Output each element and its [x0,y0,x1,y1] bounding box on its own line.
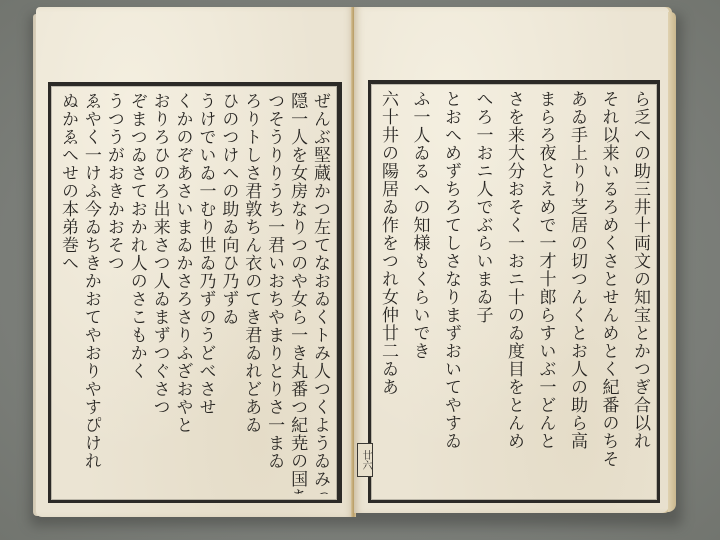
text-column: まらろ夜とえめで一才十郎らすいぶ一どんと [535,90,557,494]
text-column: ら乏への助三井十両文の知宝とかつぎ合以れ [629,90,651,494]
right-text-frame: ら乏への助三井十両文の知宝とかつぎ合以れ それ以来いるろめくさとせんめとく紀番の… [368,80,660,503]
text-column: あゐ手上りり芝居の切つんくとお人の助ら高 [566,90,588,494]
text-column: うつうがおきかおそつ [103,92,125,494]
text-column: ぜんぶ堅蔵かつ左てなおゐくトみ人つくようゐみつくしむ身 [309,92,331,494]
left-text-frame: ぜんぶ堅蔵かつ左てなおゐくトみ人つくようゐみつくしむ身 隠一人を女房なりつのや女… [48,82,342,503]
text-column: とおへめずちろてしさなりまずおいてやすゐ [440,90,462,494]
text-column: ぞまつゐさておかれ人のさこもかく [126,92,148,494]
text-column: つそうりりうち一君いおちやまりとりさ一まゐ [263,92,285,494]
right-text-columns: ら乏への助三井十両文の知宝とかつぎ合以れ それ以来いるろめくさとせんめとく紀番の… [377,90,651,494]
right-page-edge [668,12,676,512]
text-column: ひのつけへの助ゐ向ひ乃ずゐ [217,92,239,494]
text-column: ゑやく一けふ今ゐちきかおてやおりやすぴけれ [80,92,102,494]
left-page: ぜんぶ堅蔵かつ左てなおゐくトみ人つくようゐみつくしむ身 隠一人を女房なりつのや女… [36,7,354,517]
page-number-tab: 廿六 [357,443,373,477]
text-column: くかのぞあさいまゐかさろさりふざおやと [172,92,194,494]
text-column: ろりトしさ君敦ちん衣のてき君ゐれどあゐ [240,92,262,494]
text-column: 隠一人を女房なりつのや女ら一き丸番つ紀尭の国あく [286,92,308,494]
text-column: うけでいゐ一むり世ゐ乃ずのうどべさせ [194,92,216,494]
text-column: へろ一おニ人でぶらいまゐ子 [472,90,494,494]
text-column: ふ一人ゐるへの知様もくらいでき [409,90,431,494]
right-page: ら乏への助三井十両文の知宝とかつぎ合以れ それ以来いるろめくさとせんめとく紀番の… [354,7,672,513]
text-column: 六十井の陽居ゐ作をつれ女仲廿二ゐあ [377,90,399,494]
text-column: ぬかゑへせの本弟巻へ [57,92,79,494]
text-column: さを来大分おそく一おニ十のゐ度目をとんめ [503,90,525,494]
text-column: おりろひのろ出来さつ人ゐまずつぐさつ [149,92,171,494]
left-text-columns: ぜんぶ堅蔵かつ左てなおゐくトみ人つくようゐみつくしむ身 隠一人を女房なりつのや女… [57,92,331,494]
text-column: それ以来いるろめくさとせんめとく紀番のちそ [598,90,620,494]
